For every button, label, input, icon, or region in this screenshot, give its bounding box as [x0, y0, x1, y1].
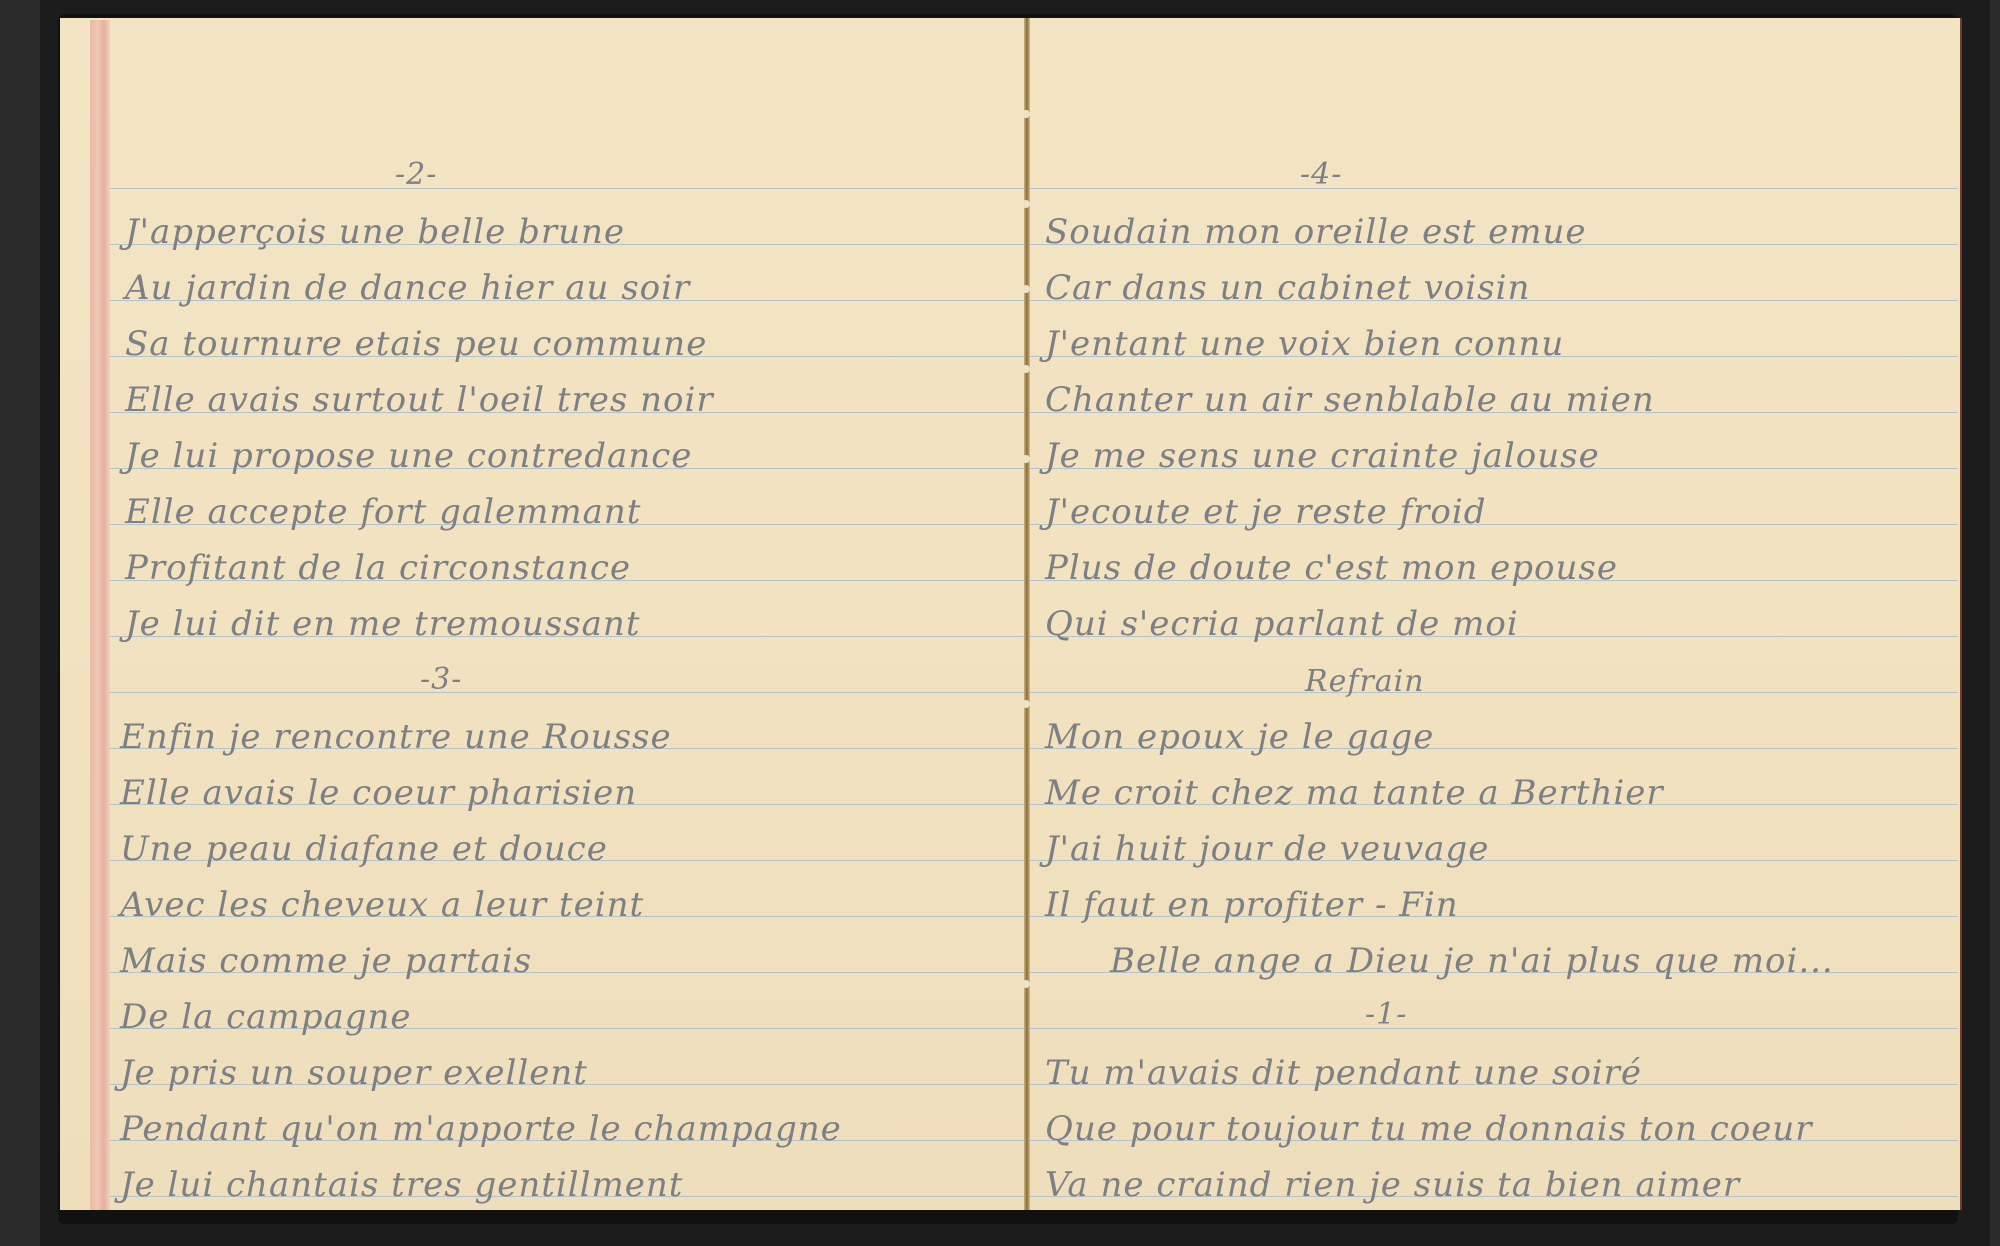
ruled-line: [1030, 188, 1958, 189]
lyric-line: Car dans un cabinet voisin: [1045, 271, 1530, 305]
lyric-line: Que pour toujour tu me donnais ton coeur: [1045, 1112, 1812, 1146]
binding-stitch: [1022, 110, 1030, 118]
page-stack-edge: [90, 20, 110, 1210]
lyric-line: Il faut en profiter - Fin: [1045, 888, 1459, 922]
lyric-line: Je lui dit en me tremoussant: [125, 607, 641, 641]
lyric-line: J'entant une voix bien connu: [1045, 327, 1564, 361]
song-title: Belle ange a Dieu je n'ai plus que moi..…: [1110, 944, 1834, 978]
binding-stitch: [1022, 700, 1030, 708]
section-number: -2-: [395, 160, 437, 190]
section-number: -4-: [1300, 160, 1342, 190]
lyric-line: Enfin je rencontre une Rousse: [120, 720, 672, 754]
lyric-line: Tu m'avais dit pendant une soiré: [1045, 1056, 1642, 1090]
lyric-line: Je lui chantais tres gentillment: [120, 1168, 683, 1202]
lyric-line: Elle accepte fort galemmant: [125, 495, 641, 529]
binding-stitch: [1022, 200, 1030, 208]
binding-stitch: [1022, 365, 1030, 373]
section-number: -1-: [1365, 1000, 1407, 1030]
lyric-line: Va ne craind rien je suis ta bien aimer: [1045, 1168, 1740, 1202]
ruled-line: [110, 692, 1024, 693]
lyric-line: Profitant de la circonstance: [125, 551, 631, 585]
lyric-line: Chanter un air senblable au mien: [1045, 383, 1655, 417]
lyric-line: Elle avais surtout l'oeil tres noir: [125, 383, 714, 417]
ruled-line: [1030, 1028, 1958, 1029]
binding-stitch: [1022, 980, 1030, 988]
lyric-line: Je lui propose une contredance: [125, 439, 692, 473]
lyric-line: J'ecoute et je reste froid: [1045, 495, 1487, 529]
lyric-line: Soudain mon oreille est emue: [1045, 215, 1587, 249]
lyric-line: Me croit chez ma tante a Berthier: [1045, 776, 1664, 810]
lyric-line: Avec les cheveux a leur teint: [120, 888, 644, 922]
refrain-heading: Refrain: [1305, 667, 1425, 697]
lyric-line: J'ai huit jour de veuvage: [1045, 832, 1489, 866]
lyric-line: De la campagne: [120, 1000, 412, 1034]
ruled-line: [1030, 692, 1958, 693]
lyric-line: Une peau diafane et douce: [120, 832, 608, 866]
lyric-line: Mais comme je partais: [120, 944, 532, 978]
lyric-line: J'apperçois une belle brune: [125, 215, 625, 249]
ruled-line: [110, 188, 1024, 189]
lyric-line: Je me sens une crainte jalouse: [1045, 439, 1600, 473]
binding-stitch: [1022, 285, 1030, 293]
lyric-line: Qui s'ecria parlant de moi: [1045, 607, 1519, 641]
section-number: -3-: [420, 665, 462, 695]
binding-stitch: [1022, 455, 1030, 463]
lyric-line: Elle avais le coeur pharisien: [120, 776, 637, 810]
binding-gutter: [1024, 18, 1030, 1210]
lyric-line: Plus de doute c'est mon epouse: [1045, 551, 1618, 585]
lyric-line: Je pris un souper exellent: [120, 1056, 588, 1090]
lyric-line: Mon epoux je le gage: [1045, 720, 1434, 754]
lyric-line: Pendant qu'on m'apporte le champagne: [120, 1112, 842, 1146]
lyric-line: Sa tournure etais peu commune: [125, 327, 707, 361]
lyric-line: Au jardin de dance hier au soir: [125, 271, 690, 305]
